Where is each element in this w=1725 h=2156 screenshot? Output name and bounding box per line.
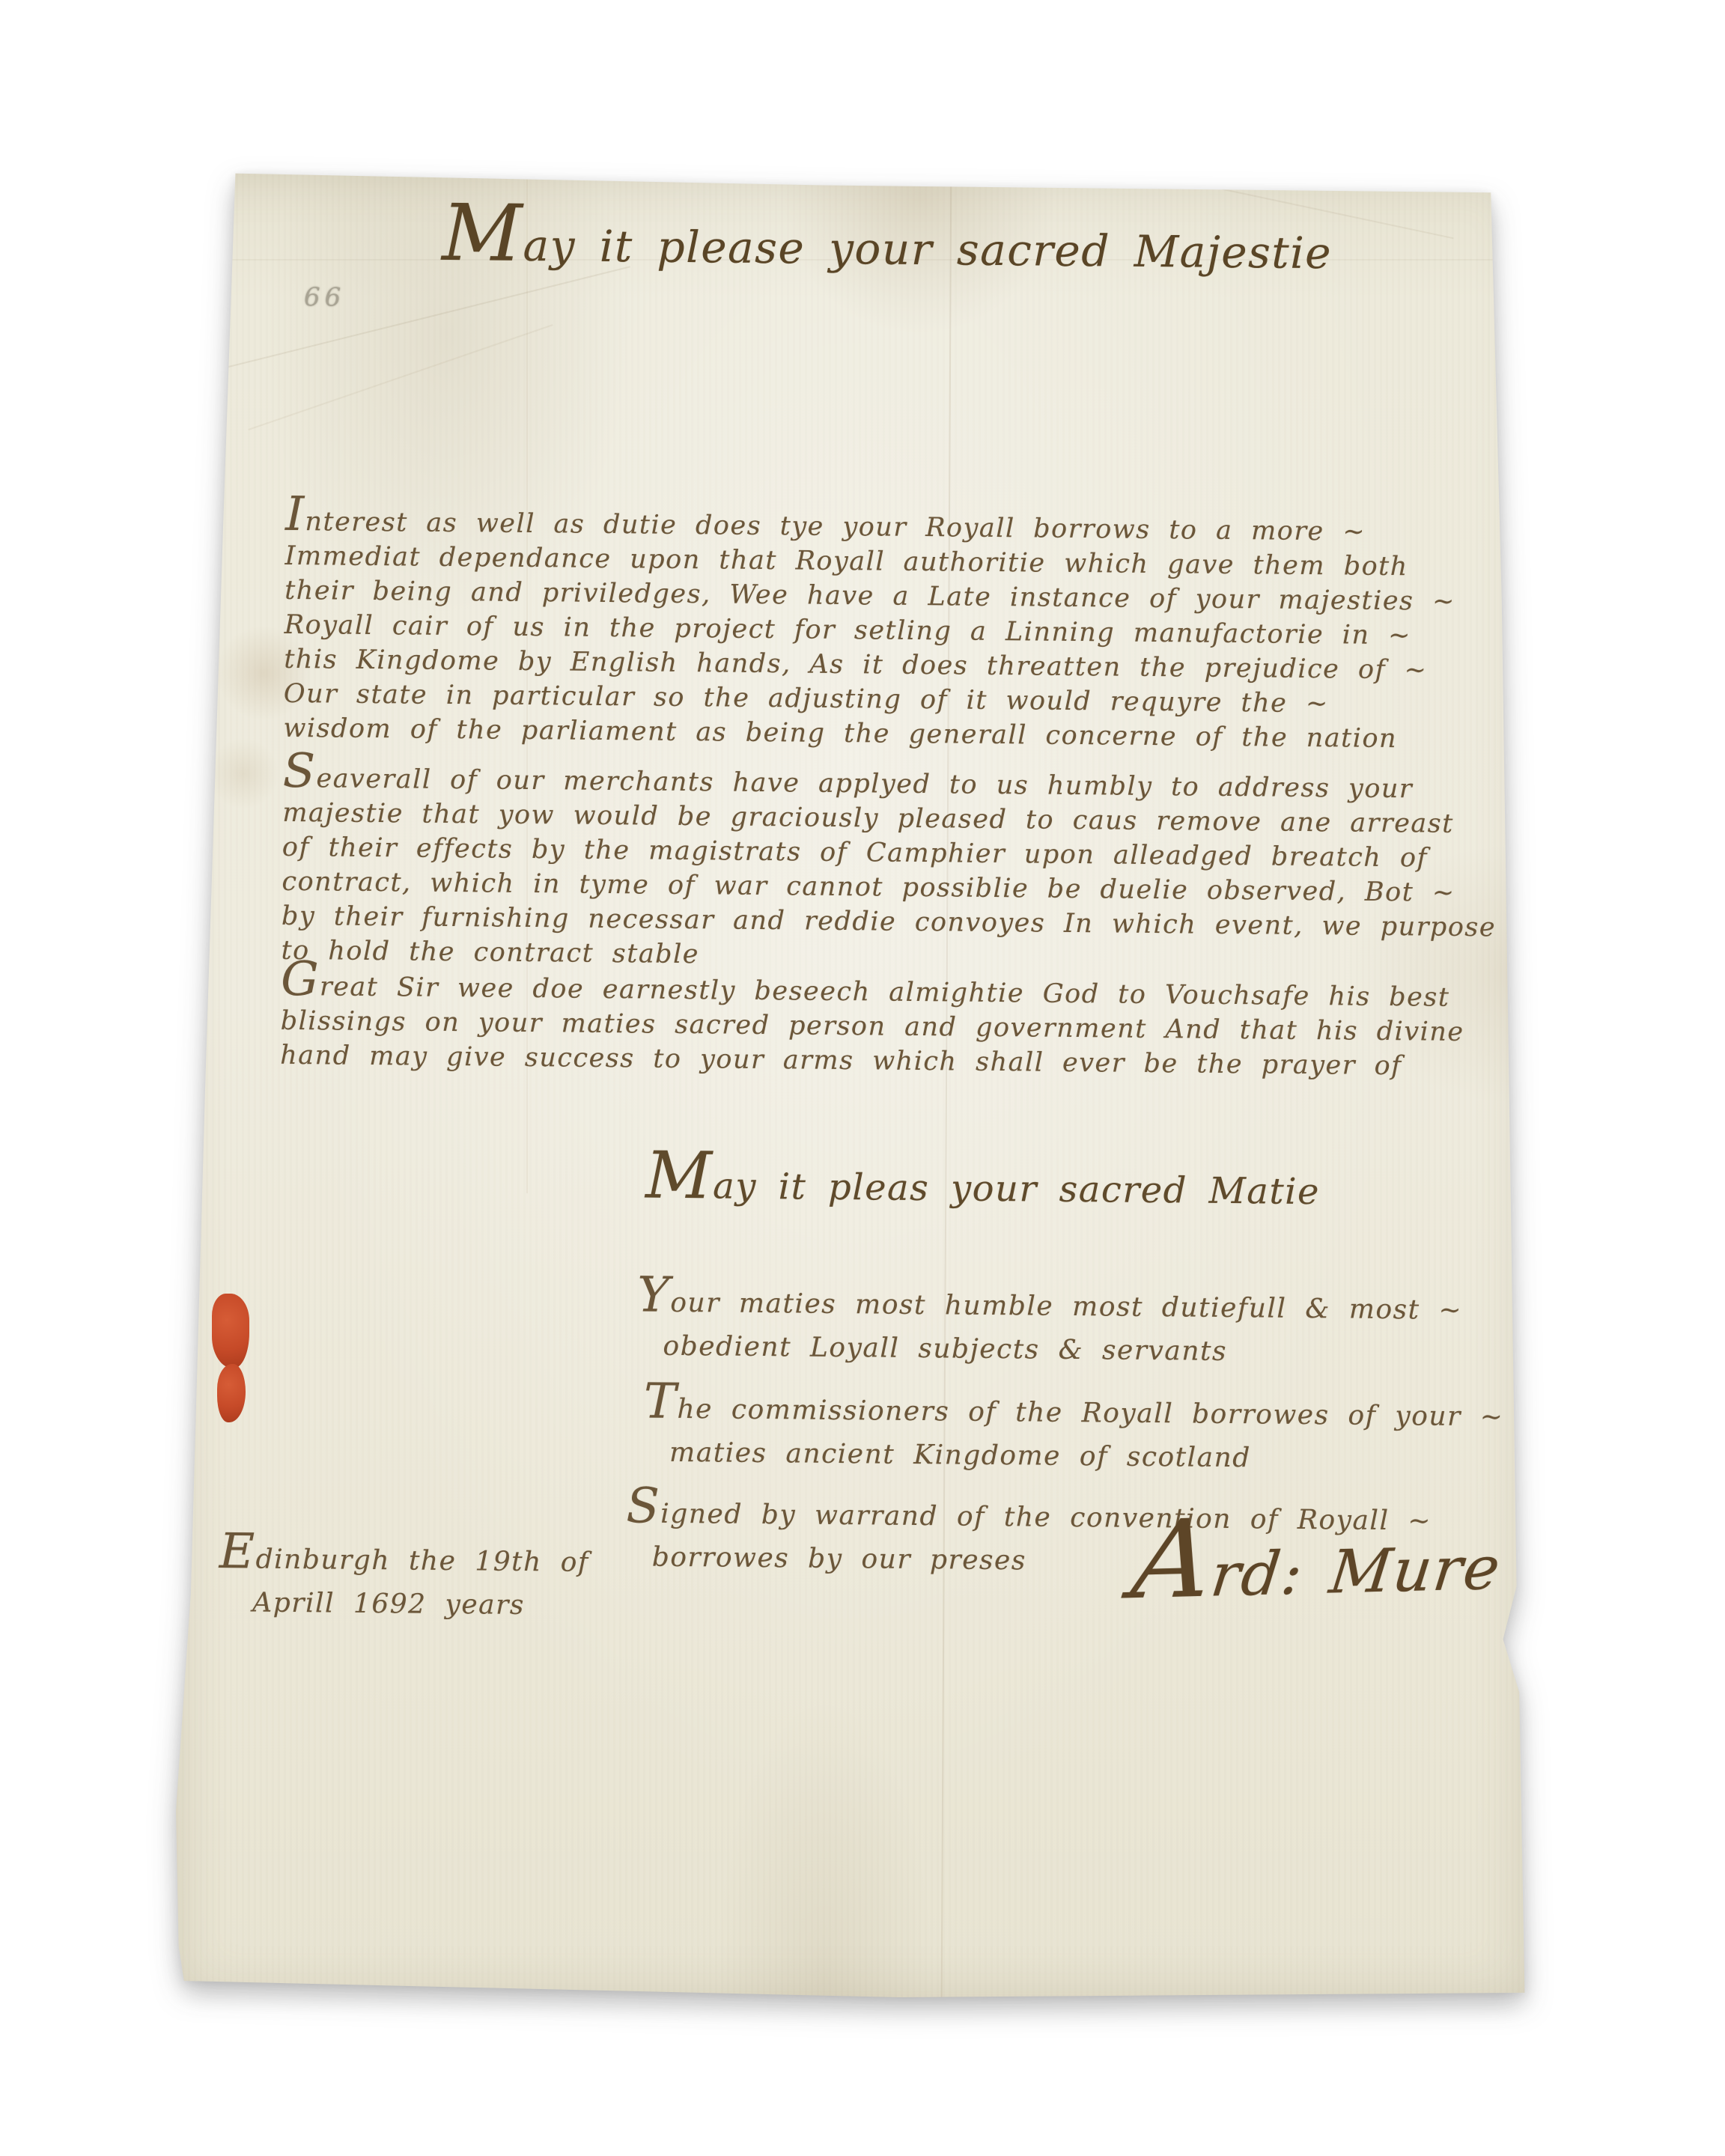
- manuscript-paper: 66 May it please your sacred Majestie In…: [176, 171, 1527, 1997]
- paragraph-1: Interest as well as dutie does tye your …: [283, 505, 1456, 757]
- closing-salutation: May it pleas your sacred Matie: [571, 1164, 1394, 1214]
- folio-number-pencil: 66: [304, 282, 346, 313]
- subscription-block-2: The commissioners of the Royall borrowes…: [643, 1387, 1504, 1482]
- manuscript-line: Edinburgh the 19th of: [219, 1538, 589, 1585]
- dateline: Edinburgh the 19th of Aprill 1692 years: [219, 1538, 589, 1628]
- manuscript-line: Your maties most humble most dutiefull &…: [637, 1281, 1463, 1333]
- manuscript-line: maties ancient Kingdome of scotland: [643, 1431, 1503, 1482]
- manuscript-content: 66 May it please your sacred Majestie In…: [159, 170, 1527, 2009]
- paper-shadow-wrapper: 66 May it please your sacred Majestie In…: [0, 0, 1725, 2156]
- paragraph-3: Great Sir wee doe earnestly beseech almi…: [280, 969, 1464, 1084]
- manuscript-line: obedient Loyall subjects & servants: [636, 1324, 1462, 1376]
- salutation-heading: May it please your sacred Majestie: [250, 217, 1524, 280]
- photograph-background: 66 May it please your sacred Majestie In…: [0, 0, 1725, 2156]
- manuscript-line: Aprill 1692 years: [219, 1581, 589, 1628]
- signature: Ard: Mure: [1128, 1533, 1505, 1612]
- subscription-block-1: Your maties most humble most dutiefull &…: [636, 1281, 1462, 1376]
- manuscript-line: Signed by warrand of the convention of R…: [626, 1492, 1432, 1543]
- paragraph-2: Seaverall of our merchants have applyed …: [281, 761, 1497, 980]
